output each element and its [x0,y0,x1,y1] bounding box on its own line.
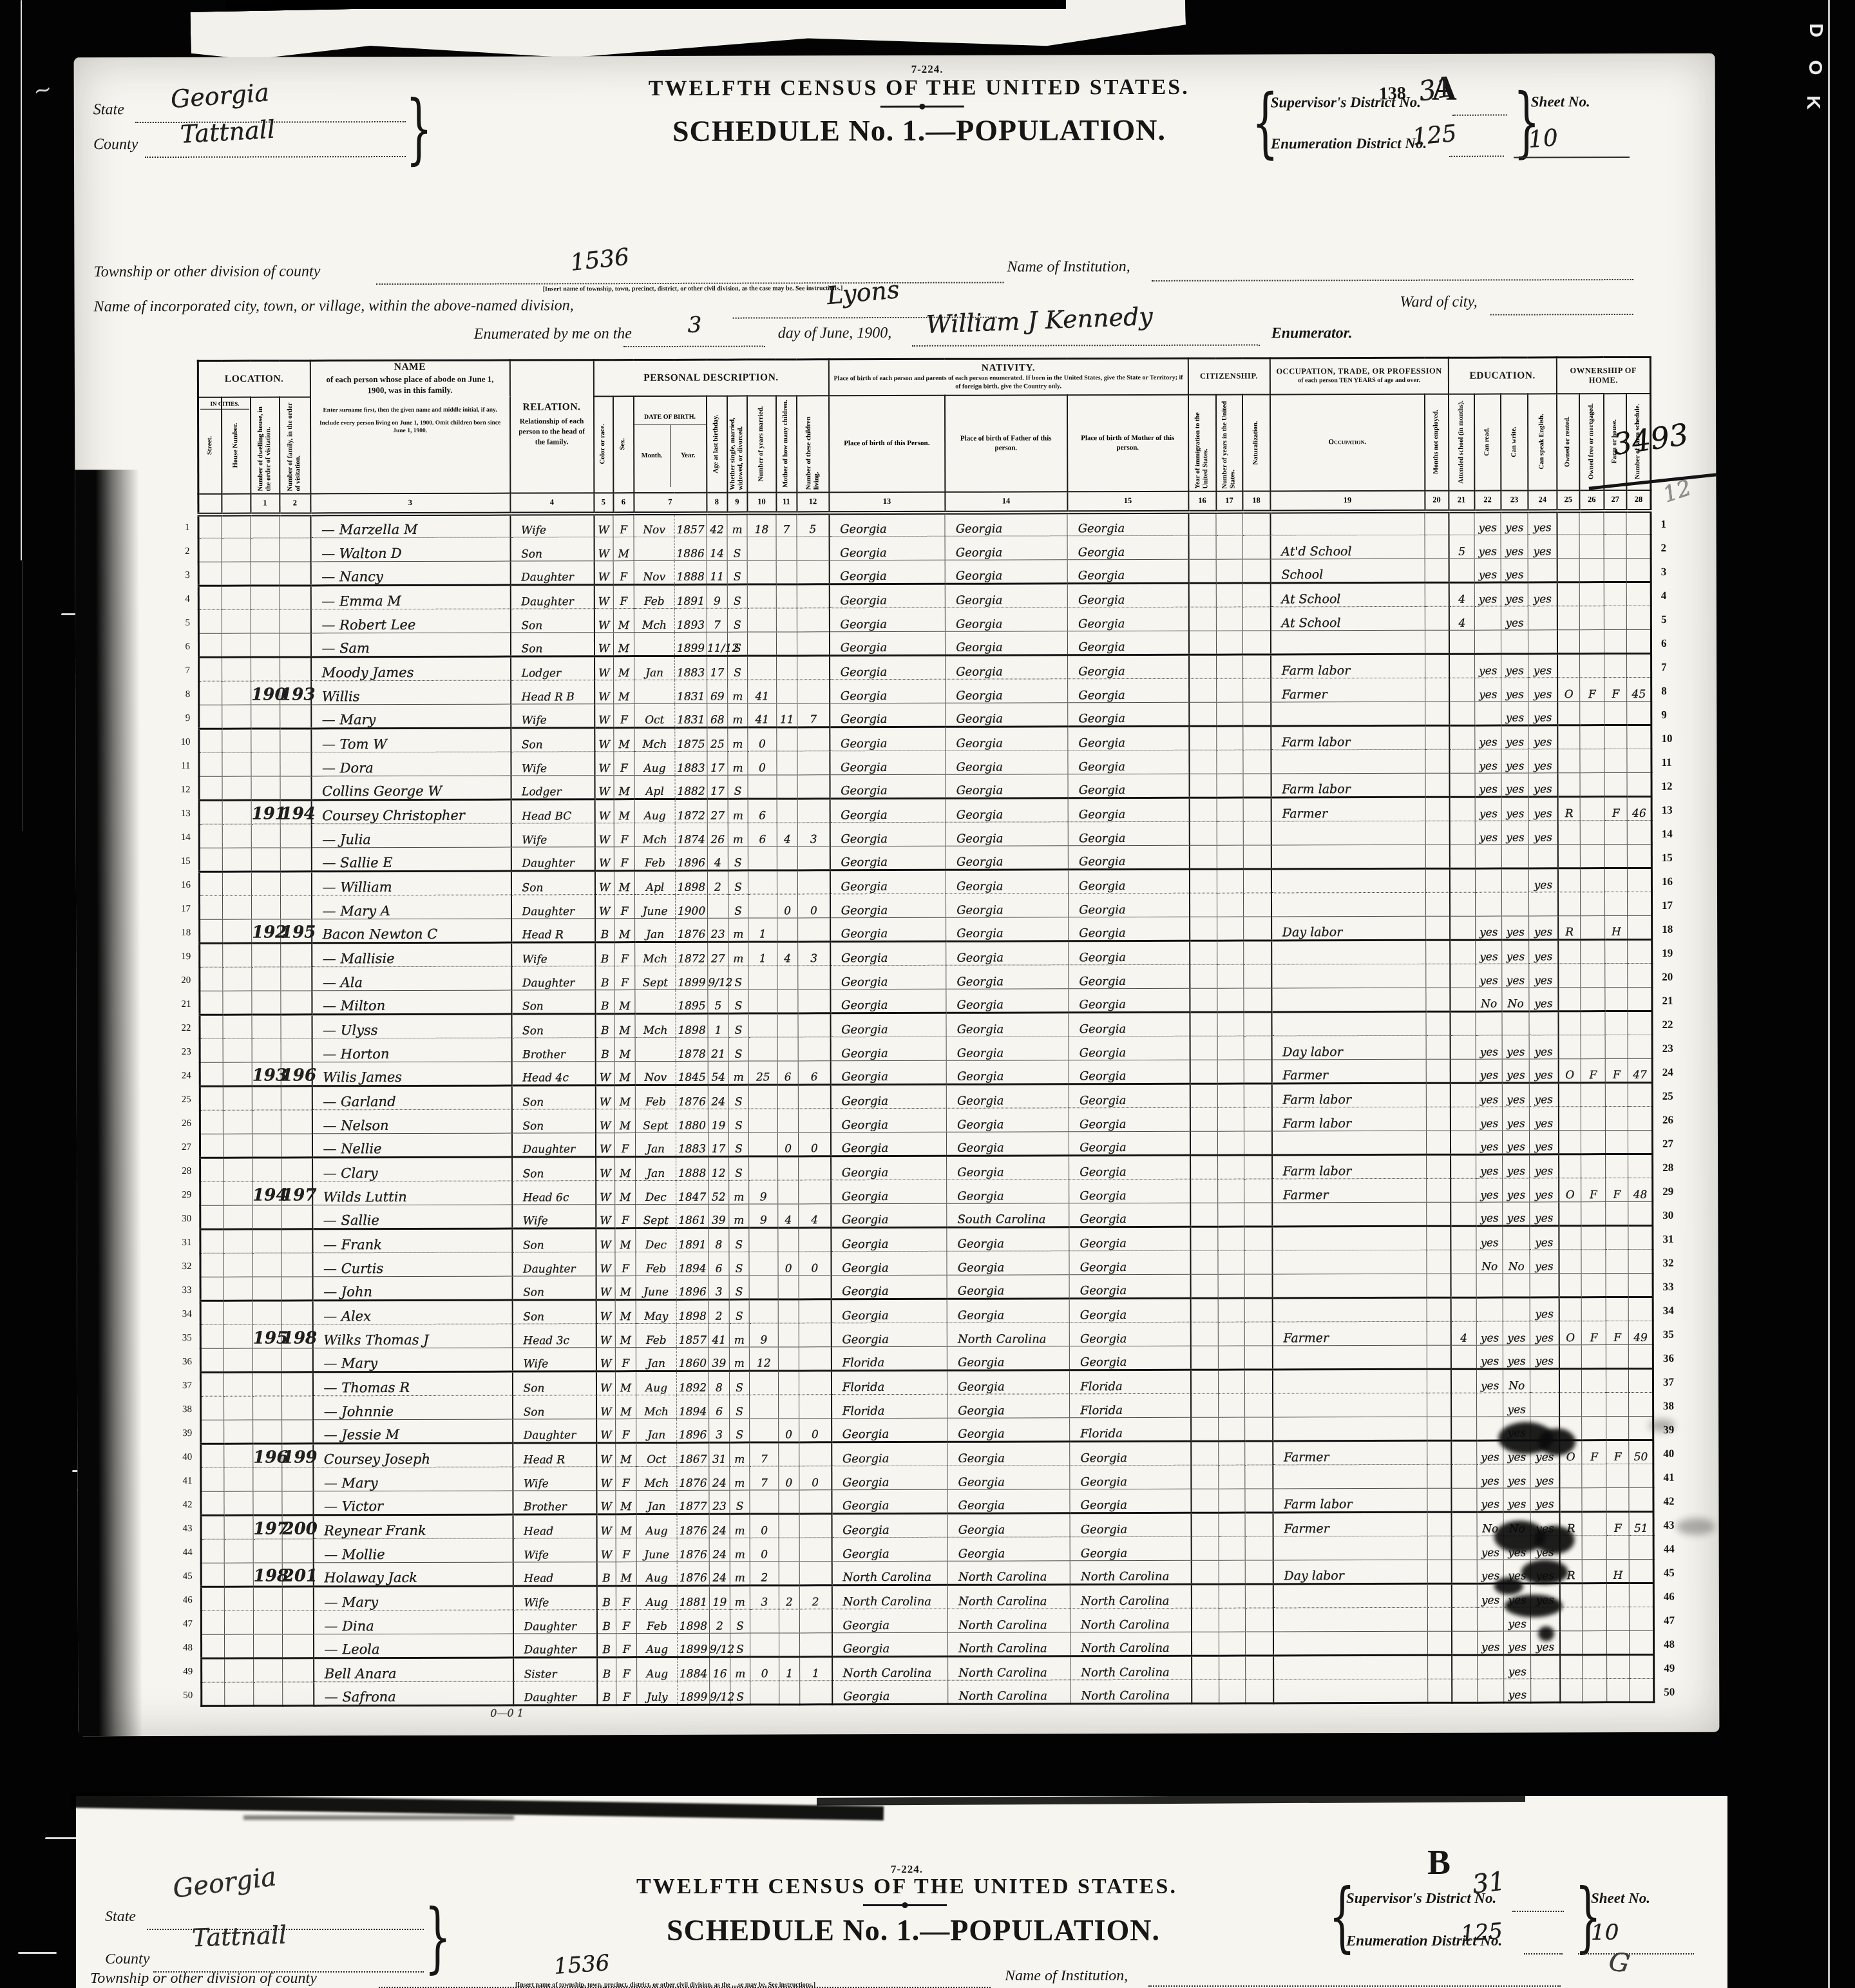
cell [1580,749,1604,773]
cell: — Leola [314,1634,513,1658]
cell [797,680,830,703]
cell: W [595,1109,614,1133]
cell: 193 [280,681,311,705]
cell: Daughter [510,585,594,609]
cell [1244,964,1271,988]
cell: Georgia [1069,1012,1190,1036]
cell [799,1276,831,1299]
cell: R [1558,916,1581,940]
cell [779,1490,799,1514]
cell [199,657,222,681]
cell: Georgia [831,1156,947,1180]
col-26: Owned free or mortgaged. [1588,404,1595,480]
ink-smear [1677,1518,1715,1535]
cell [1190,1322,1218,1346]
cell [1582,1512,1606,1536]
cell [281,1301,312,1324]
cell: H [1605,916,1628,940]
cell [1244,1012,1271,1036]
cell: Georgia [946,965,1069,989]
line-number: 24 [1662,1060,1695,1084]
table-row: — Sallie EDaughterWFFeb18964SGeorgiaGeor… [199,844,1651,872]
cell: Georgia [830,655,946,679]
cell: yes [1501,749,1528,773]
form-number-b: 7-224. [852,1863,962,1876]
cell [1189,678,1217,702]
cell [224,1229,252,1253]
cell [1529,892,1558,916]
cell [1605,1035,1628,1059]
cell [1218,1274,1244,1298]
cell [282,1396,313,1420]
cell: Florida [832,1394,947,1418]
cell [253,1420,282,1444]
cell [749,1252,778,1276]
cell [1558,940,1581,964]
cell: S [730,1395,750,1419]
cell [224,1277,252,1301]
cell: 26 [707,823,728,846]
cell: No [1476,1250,1503,1274]
cell: Georgia [1069,917,1190,941]
cell [777,751,797,775]
cell [1216,583,1242,607]
cell: Farmer [1273,1440,1427,1465]
cell: 41 [748,703,777,727]
cell: 1831 [675,680,707,703]
cell: 6 [748,799,777,823]
cell [634,632,674,656]
line-number: 4 [162,588,190,611]
cell [1628,1082,1653,1106]
cell: 1876 [677,1514,709,1538]
cell: yes [1501,559,1528,582]
table-row: — NancyDaughterWFNov188811SGeorgiaGeorgi… [198,558,1651,586]
cell: Apl [634,775,675,799]
cell [224,1563,253,1587]
cell: M [616,1515,636,1538]
cell [1219,1417,1245,1441]
cell [1582,1536,1606,1560]
cell: F [616,1681,637,1705]
cell [281,1253,312,1277]
cell: Head 4c [511,1062,595,1085]
line-number: 32 [163,1255,191,1279]
table-row: 198201Holaway JackHeadBMAug187624m2North… [201,1559,1653,1587]
cell [1245,1560,1273,1584]
ink-blot [1538,1626,1554,1641]
cell [1478,1607,1504,1631]
cell [223,1134,252,1158]
cell [1217,655,1243,678]
cell: yes [1530,1202,1559,1226]
cell: — Marzella M [310,513,510,538]
cell: Georgia [831,1180,947,1203]
cell [1581,1107,1606,1131]
cell: W [596,1515,616,1538]
cell [1451,1226,1476,1250]
cell: W [596,1228,615,1252]
line-number: 12 [1662,774,1694,798]
cell [1581,1131,1606,1154]
cell [1425,606,1449,630]
cell [1217,678,1243,702]
cell: M [614,776,634,799]
cell [1244,1274,1272,1298]
group-citizenship: CITIZENSHIP. [1189,372,1270,381]
line-number: 36 [1663,1346,1695,1370]
cell [1502,1011,1529,1035]
cell: Georgia [832,1609,948,1632]
cell: — Sam [310,633,510,657]
cell [749,1371,778,1395]
col-16: Year of immigration to the United States… [1194,397,1210,488]
cell: 0 [799,1466,832,1490]
cell: Georgia [1069,1084,1190,1107]
cell [202,1658,225,1682]
cell: Dec [636,1228,676,1252]
ink-blot [1505,1594,1563,1617]
cell [1244,917,1271,941]
cell [281,967,312,991]
cell [1244,941,1271,964]
cell: Bacon Newton C [312,919,511,943]
cell: yes [1503,1464,1530,1488]
cell: — Emma M [310,585,510,609]
cell: yes [1528,654,1557,678]
cell [1243,774,1271,798]
cell: Daughter [512,1252,596,1276]
cell [1626,510,1651,534]
form-number: 7-224. [873,63,982,76]
cell: yes [1528,797,1557,821]
cell: 19 [709,1585,730,1609]
ink-blot [1494,1577,1523,1594]
cell: yes [1504,1631,1531,1655]
cell [635,1037,676,1061]
cell [223,967,252,991]
cell: Georgia [947,1227,1069,1251]
cell [222,514,251,538]
cell [1425,630,1449,654]
cell: W [596,1372,615,1395]
cell [1559,1297,1581,1321]
cell [748,870,777,894]
cell: M [614,919,635,942]
cell [1604,606,1627,630]
cell [1559,1488,1582,1512]
cell [253,1610,282,1634]
cell: 47 [1628,1058,1652,1082]
cell: Daughter [513,1634,597,1658]
cell [1190,869,1217,893]
table-row: — SallieWifeWFSept186139m944GeorgiaSouth… [200,1201,1653,1229]
footer-marks: 0—0 1 [490,1707,524,1719]
cell [281,1134,312,1158]
cell [1219,1536,1245,1560]
cell [1452,1583,1478,1607]
cell [280,586,310,609]
cell: Farmer [1272,1178,1427,1203]
cell [777,799,797,823]
cell: M [615,1276,636,1300]
cell: 1898 [676,1013,708,1037]
cell [1606,1202,1628,1226]
cell: Florida [1070,1417,1191,1441]
cell: W [595,680,614,704]
cell: Jan [635,1133,676,1156]
cell [799,1442,832,1466]
cell [748,1085,777,1109]
cell: Georgia [831,1227,947,1251]
cell: Daughter [511,847,595,871]
cell [1581,892,1605,916]
cell [1427,1321,1451,1345]
cell [251,562,280,586]
cell: 0 [778,1252,799,1276]
cell: Feb [636,1252,676,1276]
name-note1: of each person whose place of abode on J… [310,373,509,402]
cell: S [727,584,747,608]
cell: 24 [709,1538,730,1562]
cell [1604,821,1627,845]
cell: Georgia [945,536,1067,560]
cell [1244,988,1271,1012]
cell [799,1609,832,1633]
cell [797,846,830,870]
cell: yes [1476,1107,1503,1131]
cell: Georgia [946,750,1068,774]
cell [1450,1059,1476,1083]
cell [1188,535,1216,559]
name-note3: Include every person living on June 1, 1… [311,414,509,435]
cell [1426,868,1450,892]
film-edge-letter: O [1804,60,1826,75]
cell [1217,941,1244,964]
cell [1579,582,1604,606]
cell [224,1444,253,1467]
cell [280,657,311,681]
cell [251,586,280,609]
cell: — Nelson [312,1109,511,1134]
cell [1626,558,1651,582]
table-row: — MaryWifeBFAug188119m322North CarolinaN… [201,1583,1653,1610]
cell: 194 [252,1181,281,1205]
cell: yes [1530,1297,1559,1321]
line-number: 30 [163,1207,191,1231]
cell: Georgia [829,607,945,631]
cell [1450,1011,1476,1035]
cell [1530,1393,1559,1417]
table-row: — MiltonSonBM18955SGeorgiaGeorgiaGeorgia… [200,987,1652,1015]
dob-year: Year. [671,452,706,459]
cell: 4 [1449,606,1475,630]
line-number: 34 [164,1303,192,1326]
cell: yes [1474,559,1501,582]
cell: Georgia [946,894,1069,917]
cell: 201 [282,1563,313,1587]
cell [1190,1131,1218,1155]
cell: F [1606,1440,1629,1464]
cell [1190,1250,1218,1274]
cell [1272,1250,1427,1274]
cell: yes [1530,1131,1559,1154]
cell: yes [1475,725,1501,749]
margin-squiggle-b: G [1606,1947,1631,1980]
cell [1245,1536,1273,1560]
cell: 24 [709,1562,730,1585]
cell: Georgia [1069,1107,1190,1131]
cell [1606,1536,1629,1560]
cell: m [728,680,748,703]
cell: Georgia [946,1060,1069,1084]
cell: F [613,585,634,609]
cell [1628,915,1652,939]
cell: Son [512,1372,596,1395]
cell [223,1110,252,1134]
city-label: Name of incorporated city, town, or vill… [94,297,574,316]
cell [800,1633,832,1657]
cell: yes [1475,797,1501,821]
cell [1245,1370,1273,1393]
cell [779,1681,800,1705]
cell [280,514,310,538]
cell: 11 [777,703,797,727]
cell: Georgia [1067,559,1188,583]
cell: yes [1476,1059,1502,1083]
cell: 12 [709,1156,729,1180]
microfilm-frame: D O K ~ 7-224. TWELFTH CENSUS OF THE UNI… [0,0,1855,1988]
cell: Nov [634,513,674,537]
cell [252,1301,281,1324]
cell [252,943,281,967]
cell: 0 [748,751,777,775]
cell: yes [1528,582,1557,606]
cell: 1 [748,918,777,942]
cell [1604,630,1627,654]
cell: Georgia [1069,1298,1190,1322]
cell [1188,607,1216,631]
cell: m [730,1657,750,1681]
cell: S [728,1085,748,1109]
cell [1427,1154,1451,1178]
city-value: Lyons [826,275,900,310]
table-row: — DinaDaughterBFFeb18982SGeorgiaNorth Ca… [201,1607,1653,1634]
cell [201,1396,224,1420]
cell: 51 [1629,1511,1653,1535]
cell: S [728,656,748,680]
sheet-no-label-b: Sheet No. [1591,1890,1650,1907]
cell [799,1180,831,1204]
cell [1583,1679,1607,1703]
cell: — Horton [312,1038,511,1062]
line-number: 46 [164,1589,193,1612]
group-location: LOCATION. [199,373,310,385]
cell: yes [1502,1083,1529,1107]
census-sheet-b: 7-224. TWELFTH CENSUS OF THE UNITED STAT… [76,1796,1727,1988]
cell: F [1606,1512,1629,1536]
cell: South Carolina [947,1203,1069,1227]
cell [1630,1607,1654,1630]
cell: Georgia [830,1013,946,1037]
cell [1502,868,1529,892]
cell [1449,654,1475,678]
cell [1243,655,1271,678]
cell: yes [1477,1488,1503,1512]
cell [282,1539,313,1563]
cell: Mch [635,1013,676,1037]
cell [776,608,797,632]
cell [1558,1035,1581,1059]
cell [1580,654,1604,678]
cell [1531,1655,1560,1679]
cell [1245,1513,1273,1536]
cell: S [728,894,748,918]
cell: 0 [799,1252,831,1276]
cell [1427,1178,1451,1202]
cell [1528,606,1557,630]
cell [1503,1297,1530,1321]
cell: 17 [707,751,728,775]
cell: 16 [710,1657,730,1681]
cell: yes [1501,535,1528,559]
cell [251,514,280,538]
line-number: 29 [163,1183,191,1207]
cell [253,1491,282,1515]
cell [1581,1250,1606,1274]
table-row: — Robert LeeSonWMMch18937SGeorgiaGeorgia… [198,606,1651,633]
cell [777,1037,798,1061]
cell: Daughter [513,1419,596,1443]
cell: 9 [749,1204,778,1228]
cell [1626,582,1651,606]
cell: 1883 [676,1133,708,1156]
cell [281,1277,312,1301]
cell: Coursey Joseph [313,1443,513,1467]
state-county-brace-b: } [424,1899,451,1975]
cell [1272,1297,1427,1322]
cell [224,1515,253,1539]
cell: Georgia [830,870,946,894]
cell: 49 [1628,1321,1653,1344]
cell: Jan [636,1419,677,1442]
cell [1219,1513,1245,1536]
cell: S [728,1013,748,1037]
cell: W [596,1181,615,1205]
cell [797,632,829,656]
cell: 1881 [677,1585,709,1609]
cell: 1893 [674,608,707,632]
cell [1242,511,1270,535]
cell: Georgia [830,941,946,965]
cell [1217,631,1243,655]
cell: 1891 [676,1228,709,1252]
cell: M [613,609,634,633]
cell: 9/12 [710,1681,730,1705]
cell [1605,845,1628,868]
cell [1580,606,1604,630]
cell [1425,797,1449,821]
cell [1427,1512,1451,1536]
cell [198,586,222,609]
sheet-side-letter-b: B [1427,1842,1451,1882]
cell [749,1156,778,1180]
cell [1581,1035,1605,1059]
cell [1190,1060,1217,1084]
cell: yes [1476,1083,1502,1107]
cell [1189,774,1217,798]
cell [748,1013,777,1037]
